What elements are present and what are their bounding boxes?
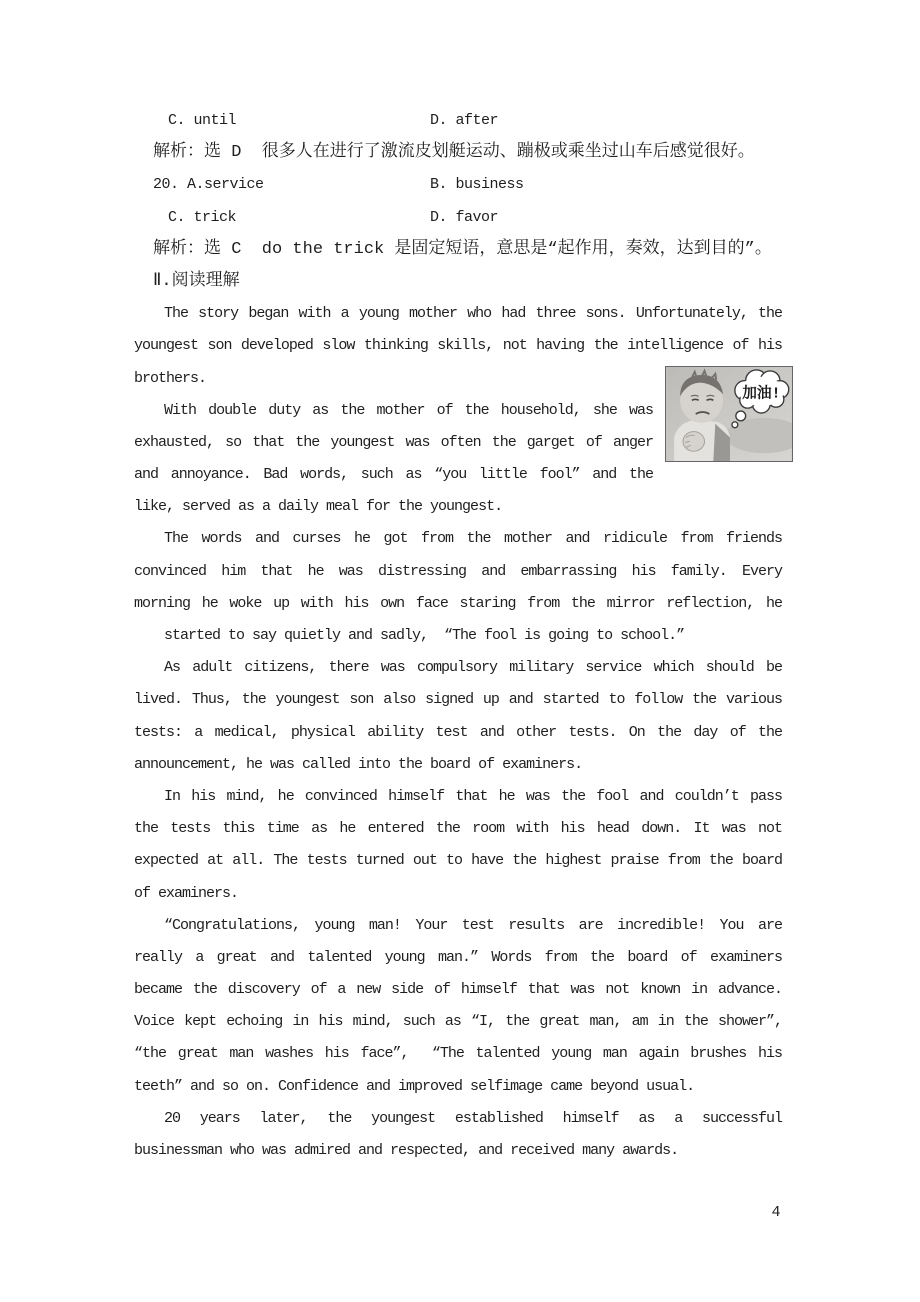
option-a: 20. A.service bbox=[134, 176, 264, 193]
success-kid-photo: 加油! bbox=[665, 366, 793, 462]
text-line: In his mind, he convinced himself that h… bbox=[134, 781, 782, 813]
option-d: D. favor bbox=[430, 202, 498, 234]
text-line: like, served as a daily meal for the you… bbox=[134, 491, 782, 523]
text-line: With double duty as the mother of the ho… bbox=[134, 395, 653, 427]
text-line: lived. Thus, the youngest son also signe… bbox=[134, 684, 782, 716]
options-row-20-cd: C. trick D. favor bbox=[134, 202, 782, 234]
page-number: 4 bbox=[760, 1200, 792, 1226]
text-line: morning he woke up with his own face sta… bbox=[134, 588, 782, 620]
explanation-20: 解析：选 C do the trick 是固定短语，意思是“起作用，奏效，达到目… bbox=[134, 234, 782, 266]
text-line: 20 years later, the youngest established… bbox=[134, 1103, 782, 1135]
text-line: businessman who was admired and respecte… bbox=[134, 1135, 782, 1167]
explanation-19: 解析：选 D 很多人在进行了激流皮划艇运动、蹦极或乘坐过山车后感觉很好。 bbox=[134, 137, 782, 169]
text-line: tests: a medical, physical ability test … bbox=[134, 717, 782, 749]
option-b: B. business bbox=[430, 169, 524, 201]
option-c: C. trick bbox=[134, 209, 236, 226]
text-line: “Congratulations, young man! Your test r… bbox=[134, 910, 782, 942]
options-row-19-cd: C. until D. after bbox=[134, 105, 782, 137]
text-line: The story began with a young mother who … bbox=[134, 298, 782, 330]
text-line: and annoyance. Bad words, such as “you l… bbox=[134, 459, 653, 491]
text-line: expected at all. The tests turned out to… bbox=[134, 845, 782, 877]
text-line: “the great man washes his face”, “The ta… bbox=[134, 1038, 782, 1070]
text-line: youngest son developed slow thinking ski… bbox=[134, 330, 782, 362]
text-line: announcement, he was called into the boa… bbox=[134, 749, 782, 781]
text-line: exhausted, so that the youngest was ofte… bbox=[134, 427, 653, 459]
text-line: of examiners. bbox=[134, 878, 782, 910]
section-title: Ⅱ.阅读理解 bbox=[134, 266, 782, 298]
options-row-20-ab: 20. A.service B. business bbox=[134, 169, 782, 201]
text-line: started to say quietly and sadly, “The f… bbox=[134, 620, 782, 652]
text-line: convinced him that he was distressing an… bbox=[134, 556, 782, 588]
bubble-text: 加油! bbox=[742, 384, 780, 402]
text-line: Voice kept echoing in his mind, such as … bbox=[134, 1006, 782, 1038]
document-page: C. until D. after 解析：选 D 很多人在进行了激流皮划艇运动、… bbox=[0, 0, 920, 1302]
document-content: C. until D. after 解析：选 D 很多人在进行了激流皮划艇运动、… bbox=[134, 105, 782, 1167]
text-line: As adult citizens, there was compulsory … bbox=[134, 652, 782, 684]
text-line: became the discovery of a new side of hi… bbox=[134, 974, 782, 1006]
option-d: D. after bbox=[430, 105, 498, 137]
text-line: really a great and talented young man.” … bbox=[134, 942, 782, 974]
text-line: teeth” and so on. Confidence and improve… bbox=[134, 1071, 782, 1103]
option-c: C. until bbox=[134, 112, 236, 129]
text-line: The words and curses he got from the mot… bbox=[134, 523, 782, 555]
text-line: the tests this time as he entered the ro… bbox=[134, 813, 782, 845]
